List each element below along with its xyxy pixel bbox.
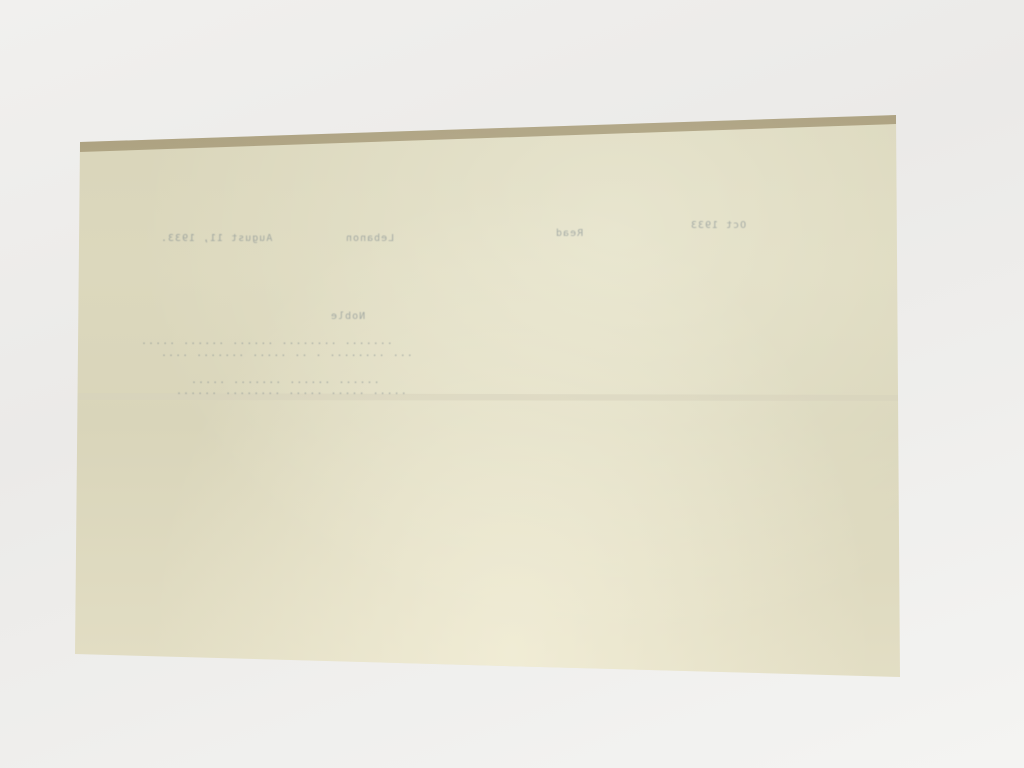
bleed-line: ....... ........ ...... ...... ..... — [140, 336, 393, 347]
bleed-line: ...... ...... ....... ..... — [190, 375, 380, 386]
bleed-header-left: August 11, 1933. — [160, 233, 272, 244]
bleed-header-right-1: Read — [555, 228, 583, 239]
bleed-line: ... ........ . .. ..... ....... .... — [160, 348, 413, 359]
bleed-subhead: Noble — [330, 311, 365, 322]
paper-sheet — [0, 0, 1024, 768]
bleed-header-right-2: Oct 1933 — [690, 220, 746, 231]
bleed-line: ..... ..... ..... ........ ...... — [175, 386, 407, 397]
bleed-header-mid: Lebanon — [345, 233, 394, 244]
